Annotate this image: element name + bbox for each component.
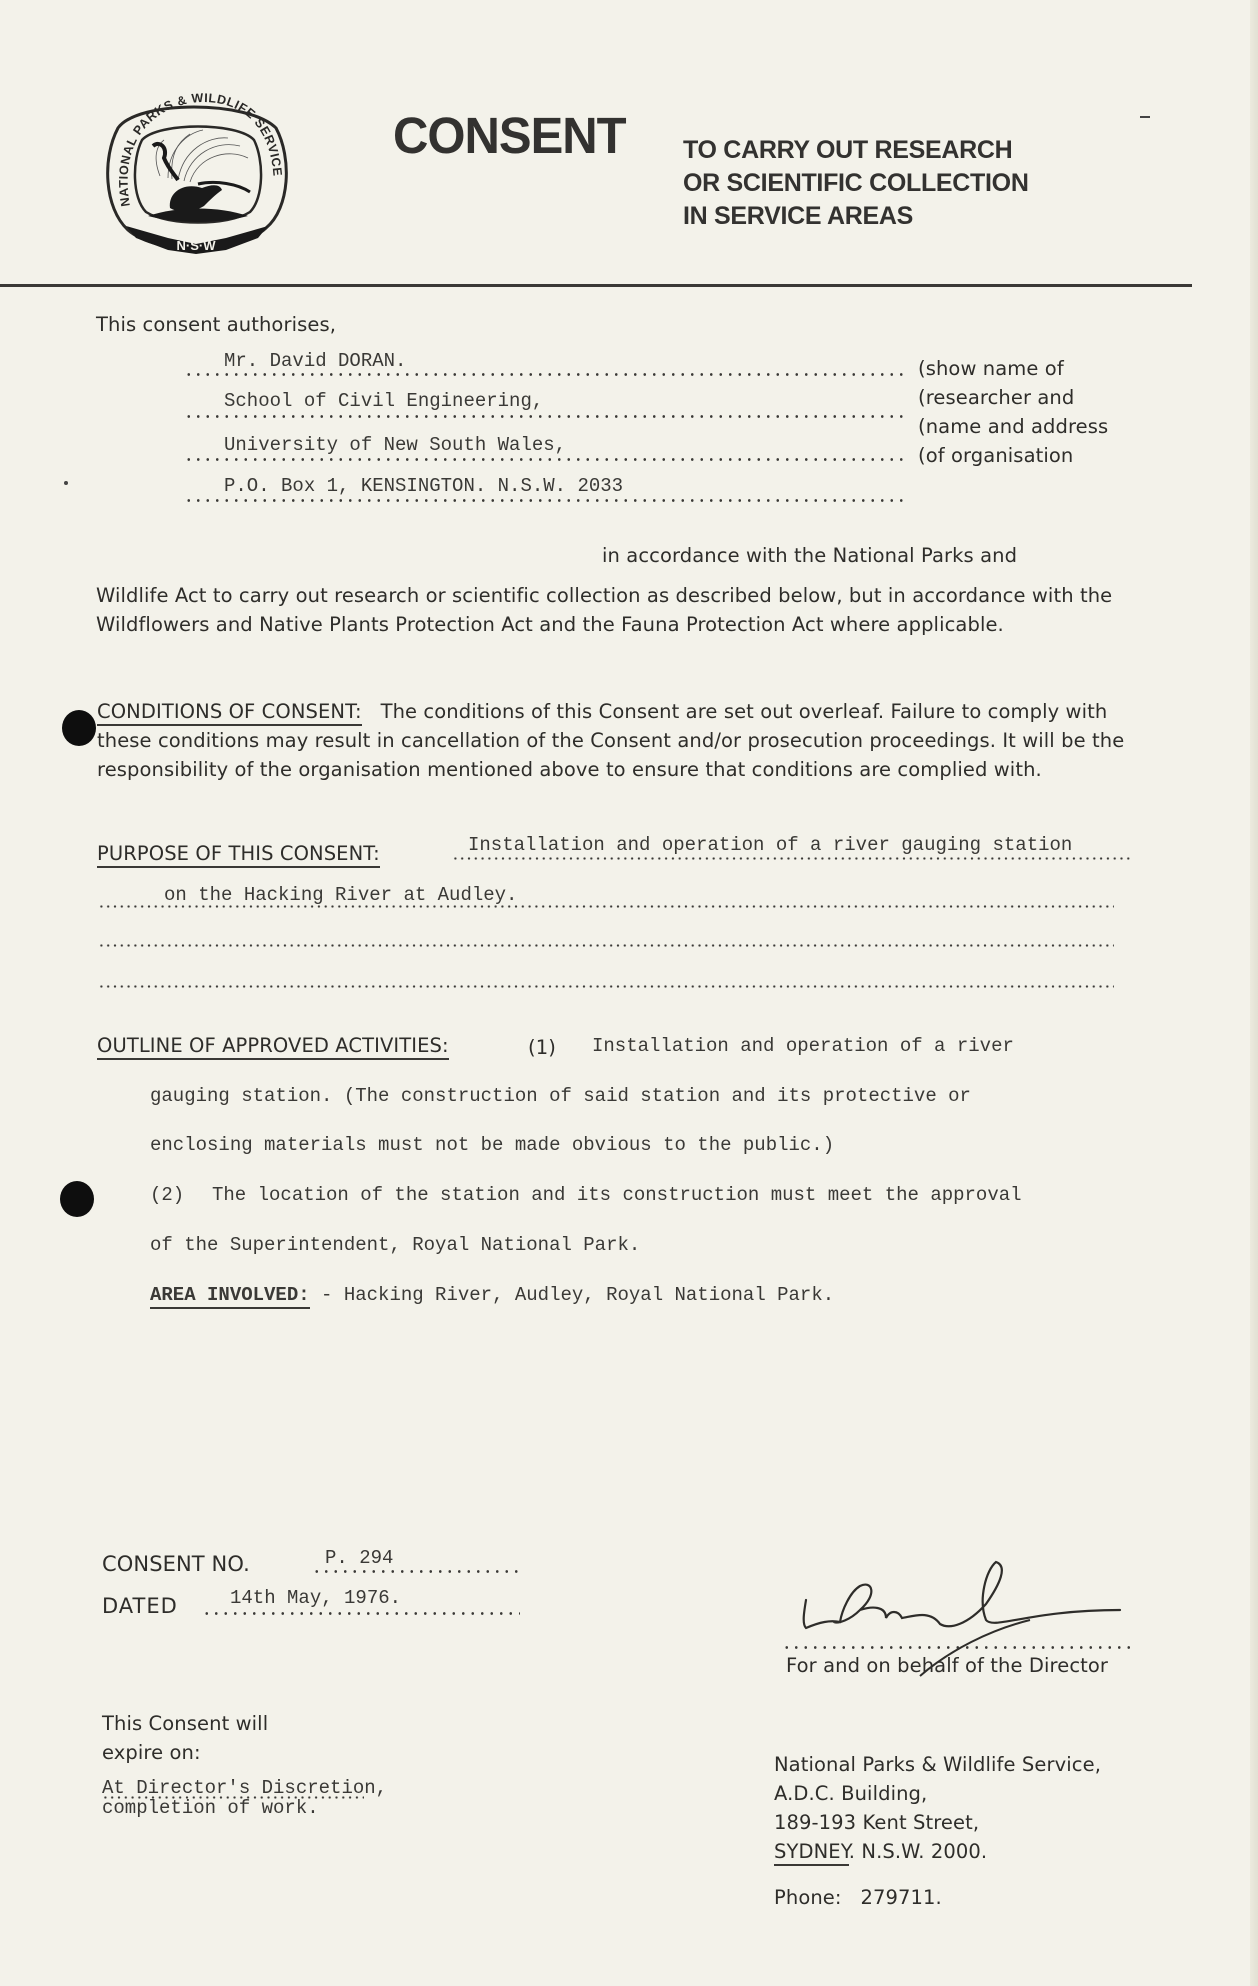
dated-value: 14th May, 1976. (230, 1587, 401, 1609)
legal-text: Wildlife Act to carry out research or sc… (96, 581, 1146, 639)
address-city: SYDNEY (774, 1840, 849, 1866)
dotted-line (184, 373, 906, 376)
expiry-label-line: This Consent will (102, 1709, 268, 1738)
phone-line: Phone: 279711. (774, 1883, 942, 1912)
nsw-parks-logo: N·S·W NATIONAL PARKS & WILDLIFE SERVICE (98, 88, 294, 266)
activity-1-line: enclosing materials must not be made obv… (150, 1134, 834, 1156)
lyrebird-emblem-icon: N·S·W NATIONAL PARKS & WILDLIFE SERVICE (98, 88, 294, 266)
activity-2-text: The location of the station and its cons… (212, 1184, 1022, 1206)
phone-label: Phone: (774, 1886, 842, 1909)
activity-1-text: Installation and operation of a river (592, 1035, 1014, 1057)
purpose-heading-wrap: PURPOSE OF THIS CONSENT: (97, 839, 380, 868)
area-involved-value: - Hacking River, Audley, Royal National … (310, 1284, 835, 1306)
punch-hole (60, 1181, 94, 1217)
address-city-rest: . N.S.W. 2000. (849, 1840, 987, 1863)
service-address: National Parks & Wildlife Service, A.D.C… (774, 1750, 1101, 1866)
header-rule (0, 284, 1192, 287)
purpose-heading: PURPOSE OF THIS CONSENT: (97, 842, 380, 868)
organisation-line-1: School of Civil Engineering, (224, 390, 543, 412)
expiry-value-line: completion of work. (102, 1798, 387, 1818)
address-city-line: SYDNEY. N.S.W. 2000. (774, 1837, 1101, 1866)
activity-1-number: (1) (528, 1033, 556, 1062)
phone-value: 279711. (860, 1886, 941, 1909)
subtitle-line: OR SCIENTIFIC COLLECTION (683, 167, 1029, 200)
activities-heading-wrap: OUTLINE OF APPROVED ACTIVITIES: (97, 1031, 449, 1060)
authorisation-intro: This consent authorises, (96, 310, 336, 339)
expiry-label-line: expire on: (102, 1738, 268, 1767)
purpose-line-1: Installation and operation of a river ga… (468, 834, 1072, 856)
dotted-line (452, 857, 1132, 860)
side-note: (name and address (918, 412, 1108, 441)
punch-hole (62, 710, 96, 746)
stray-mark (64, 481, 68, 485)
page-title: CONSENT (393, 107, 626, 166)
svg-text:N·S·W: N·S·W (177, 238, 217, 253)
authorisation-side-notes: (show name of (researcher and (name and … (918, 354, 1108, 470)
address-line: 189-193 Kent Street, (774, 1808, 1101, 1837)
activity-2-number: (2) (150, 1184, 184, 1206)
researcher-name: Mr. David DORAN. (224, 350, 406, 372)
side-note: (researcher and (918, 383, 1108, 412)
organisation-line-2: University of New South Wales, (224, 434, 566, 456)
dotted-line (98, 905, 1114, 908)
subtitle-line: IN SERVICE AREAS (683, 200, 1029, 233)
activities-heading: OUTLINE OF APPROVED ACTIVITIES: (97, 1034, 449, 1060)
dotted-line (102, 1796, 364, 1799)
consent-number-label: CONSENT NO. (102, 1550, 250, 1579)
side-note: (of organisation (918, 441, 1108, 470)
side-note: (show name of (918, 354, 1108, 383)
subtitle-line: TO CARRY OUT RESEARCH (683, 134, 1029, 167)
activity-2-line: of the Superintendent, Royal National Pa… (150, 1234, 640, 1256)
dotted-line (184, 458, 906, 461)
dotted-line (98, 985, 1114, 988)
dotted-line (184, 499, 906, 502)
area-involved: AREA INVOLVED: - Hacking River, Audley, … (150, 1284, 834, 1306)
stray-mark (1140, 116, 1150, 118)
dated-label: DATED (102, 1592, 178, 1621)
signature-dotted-line (782, 1646, 1134, 1649)
dotted-line (98, 944, 1114, 947)
area-involved-label: AREA INVOLVED: (150, 1284, 310, 1309)
purpose-line-2: on the Hacking River at Audley. (164, 884, 517, 906)
dotted-line (184, 415, 906, 418)
signature-caption: For and on behalf of the Director (786, 1651, 1108, 1680)
dotted-line (202, 1612, 520, 1615)
organisation-line-3: P.O. Box 1, KENSINGTON. N.S.W. 2033 (224, 475, 623, 497)
expiry-value-line: At Director's Discretion, (102, 1778, 387, 1798)
legal-text-line-1: in accordance with the National Parks an… (602, 541, 1017, 570)
expiry-label: This Consent will expire on: (102, 1709, 268, 1767)
paper-edge (1250, 0, 1258, 1986)
activity-1-line: gauging station. (The construction of sa… (150, 1085, 971, 1107)
conditions-block: CONDITIONS OF CONSENT: The conditions of… (97, 697, 1147, 784)
conditions-heading: CONDITIONS OF CONSENT: (97, 700, 362, 726)
address-line: National Parks & Wildlife Service, (774, 1750, 1101, 1779)
page-subtitle: TO CARRY OUT RESEARCH OR SCIENTIFIC COLL… (683, 134, 1029, 233)
dotted-line (312, 1570, 520, 1573)
consent-number-value: P. 294 (325, 1547, 393, 1569)
address-line: A.D.C. Building, (774, 1779, 1101, 1808)
